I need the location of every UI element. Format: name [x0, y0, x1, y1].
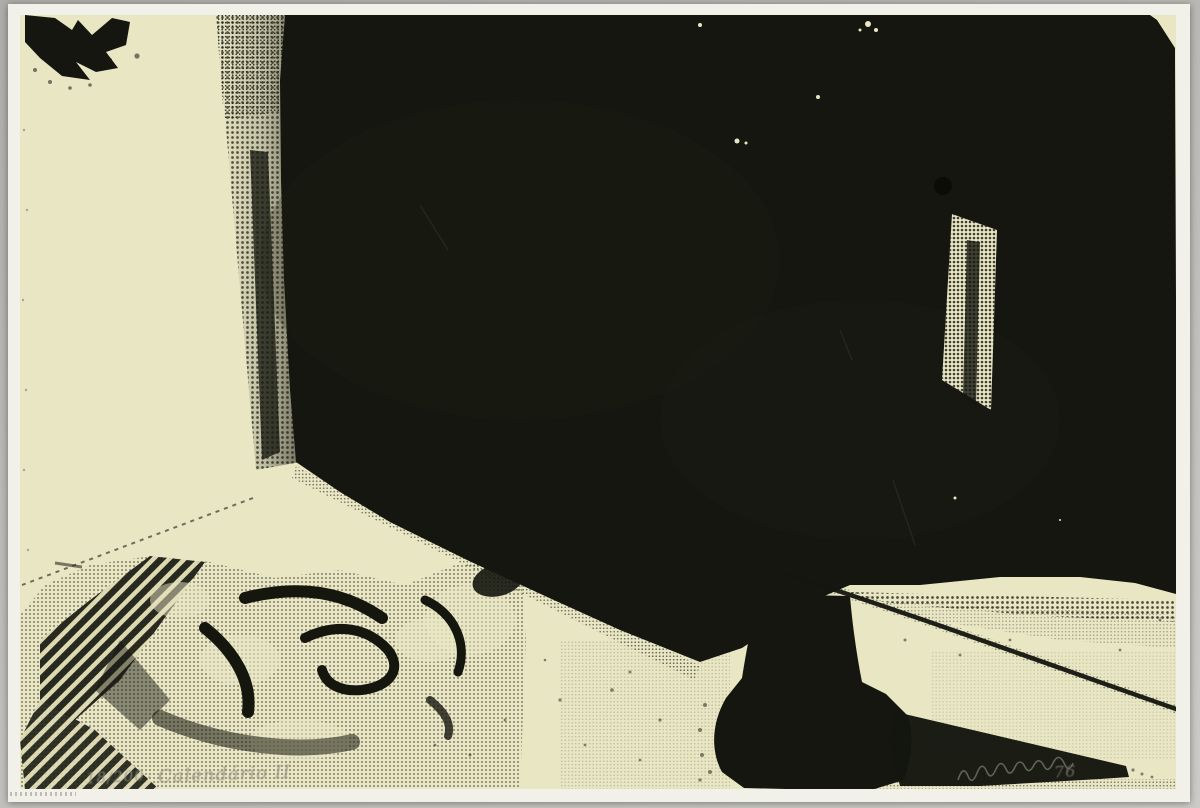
floor-dust-band: [560, 640, 730, 789]
photo-background: 18/200 · Calendário II 76: [0, 0, 1200, 808]
print-artwork: [0, 0, 1200, 808]
bedding-fabric: [20, 556, 527, 790]
signature-year: 76: [1053, 761, 1077, 782]
margin-micro-inscription: [10, 792, 76, 796]
window-slit: [942, 214, 997, 410]
edition-number: 18/200: [86, 766, 146, 787]
bottom-dot-band: [850, 779, 1176, 793]
inscription-separator: ·: [147, 770, 152, 786]
